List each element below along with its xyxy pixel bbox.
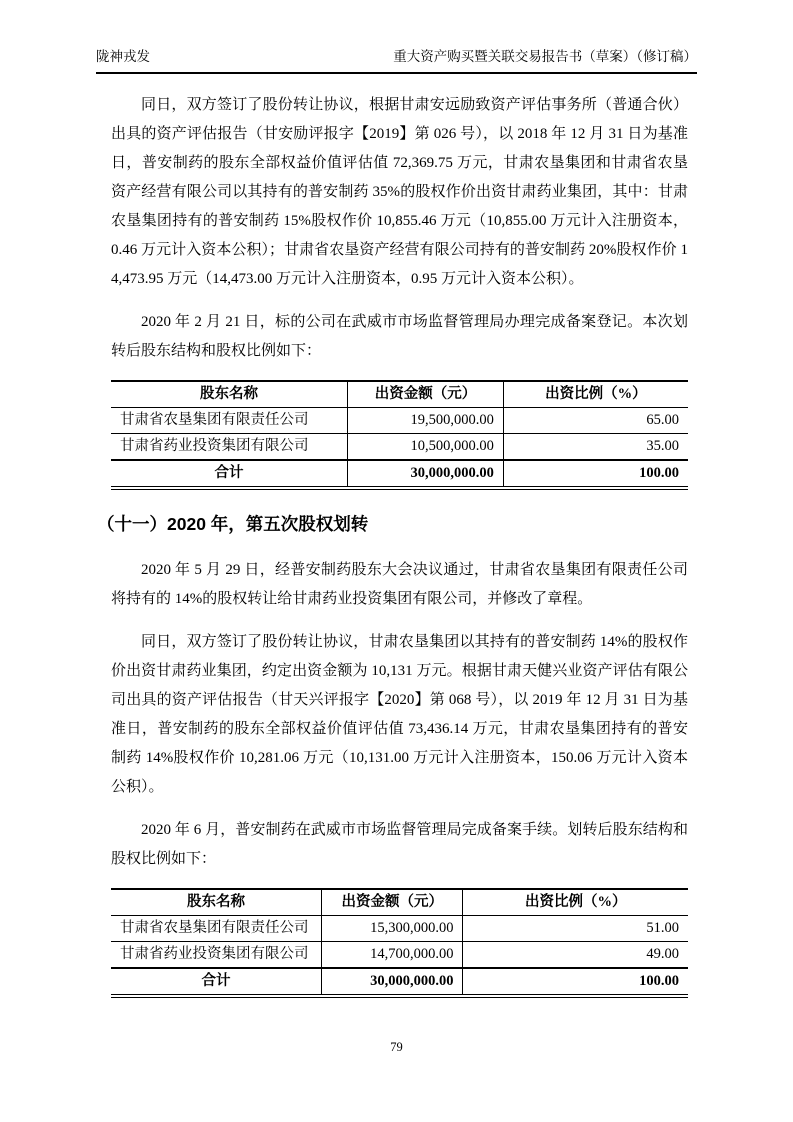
shareholding-table-after-fifth-transfer: 股东名称 出资金额（元） 出资比例（%） 甘肃省农垦集团有限责任公司 15,30…	[111, 888, 688, 998]
page-body: 同日，双方签订了股份转让协议，根据甘肃安远励致资产评估事务所（普通合伙）出具的资…	[111, 91, 688, 1006]
col-header-capital-amount: 出资金额（元）	[348, 381, 504, 408]
shareholder-name: 甘肃省农垦集团有限责任公司	[111, 408, 348, 434]
table-header-row: 股东名称 出资金额（元） 出资比例（%）	[111, 889, 688, 916]
col-header-capital-ratio: 出资比例（%）	[503, 381, 688, 408]
table-header-row: 股东名称 出资金额（元） 出资比例（%）	[111, 381, 688, 408]
total-label: 合计	[111, 968, 322, 996]
table-row: 甘肃省农垦集团有限责任公司 15,300,000.00 51.00	[111, 916, 688, 942]
total-capital-amount: 30,000,000.00	[322, 968, 463, 996]
capital-amount: 10,500,000.00	[348, 434, 504, 461]
paragraph-resolution-2020-05: 2020 年 5 月 29 日，经普安制药股东大会决议通过，甘肃省农垦集团有限责…	[111, 556, 688, 614]
paragraph-registration-2020-02: 2020 年 2 月 21 日，标的公司在武威市市场监督管理局办理完成备案登记。…	[111, 308, 688, 366]
running-header: 陇神戎发 重大资产购买暨关联交易报告书（草案）（修订稿）	[96, 49, 697, 74]
capital-ratio: 65.00	[503, 408, 688, 434]
shareholder-name: 甘肃省药业投资集团有限公司	[111, 942, 322, 969]
paragraph-registration-2020-06: 2020 年 6 月，普安制药在武威市市场监督管理局完成备案手续。划转后股东结构…	[111, 816, 688, 874]
shareholding-table-after-fourth-transfer: 股东名称 出资金额（元） 出资比例（%） 甘肃省农垦集团有限责任公司 19,50…	[111, 380, 688, 490]
total-capital-amount: 30,000,000.00	[348, 460, 504, 488]
table-total-row: 合计 30,000,000.00 100.00	[111, 460, 688, 488]
shareholder-name: 甘肃省药业投资集团有限公司	[111, 434, 348, 461]
col-header-shareholder-name: 股东名称	[111, 381, 348, 408]
capital-ratio: 51.00	[463, 916, 688, 942]
paragraph-share-transfer-2020: 同日，双方签订了股份转让协议，甘肃农垦集团以其持有的普安制药 14%的股权作价出…	[111, 628, 688, 802]
page-number: 79	[390, 1040, 403, 1054]
col-header-capital-amount: 出资金额（元）	[322, 889, 463, 916]
table-row: 甘肃省药业投资集团有限公司 10,500,000.00 35.00	[111, 434, 688, 461]
capital-ratio: 49.00	[463, 942, 688, 969]
header-report-title: 重大资产购买暨关联交易报告书（草案）（修订稿）	[393, 49, 697, 65]
total-label: 合计	[111, 460, 348, 488]
capital-amount: 19,500,000.00	[348, 408, 504, 434]
capital-amount: 14,700,000.00	[322, 942, 463, 969]
shareholder-name: 甘肃省农垦集团有限责任公司	[111, 916, 322, 942]
col-header-shareholder-name: 股东名称	[111, 889, 322, 916]
paragraph-share-transfer-2019: 同日，双方签订了股份转让协议，根据甘肃安远励致资产评估事务所（普通合伙）出具的资…	[111, 91, 688, 294]
col-header-capital-ratio: 出资比例（%）	[463, 889, 688, 916]
table-total-row: 合计 30,000,000.00 100.00	[111, 968, 688, 996]
capital-ratio: 35.00	[503, 434, 688, 461]
section-heading-eleventh: （十一）2020 年，第五次股权划转	[97, 512, 688, 536]
page-footer: 79	[0, 1040, 793, 1055]
table-row: 甘肃省农垦集团有限责任公司 19,500,000.00 65.00	[111, 408, 688, 434]
total-capital-ratio: 100.00	[503, 460, 688, 488]
document-page: 陇神戎发 重大资产购买暨关联交易报告书（草案）（修订稿） 同日，双方签订了股份转…	[0, 0, 793, 1122]
capital-amount: 15,300,000.00	[322, 916, 463, 942]
header-short-title: 陇神戎发	[96, 49, 150, 65]
table-row: 甘肃省药业投资集团有限公司 14,700,000.00 49.00	[111, 942, 688, 969]
total-capital-ratio: 100.00	[463, 968, 688, 996]
